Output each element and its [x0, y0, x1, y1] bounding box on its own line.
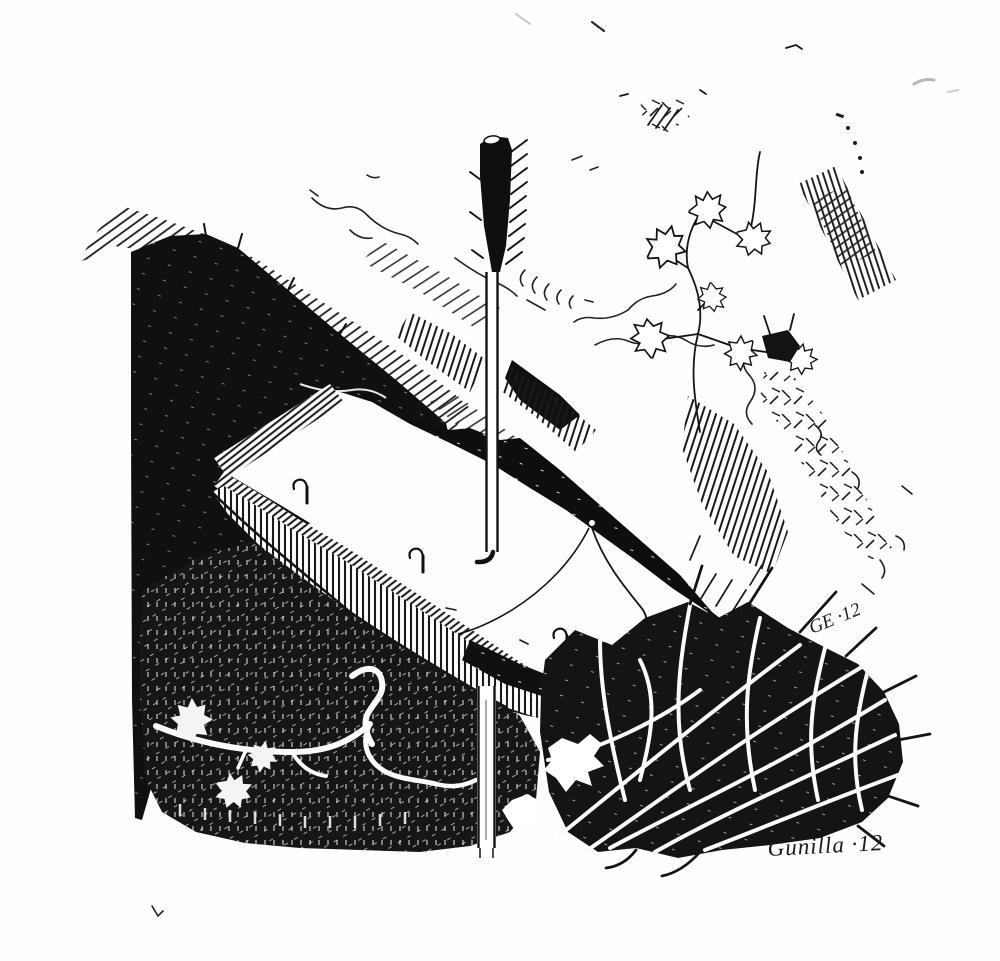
ink-drawing-page: GE ·12 Gunilla ·12: [0, 0, 1000, 961]
pen-ink-drawing: GE ·12 Gunilla ·12: [0, 0, 1000, 961]
lower-pole-strip: [477, 686, 496, 858]
pole-shaft: [486, 272, 498, 552]
wire-eyelet: [588, 519, 596, 527]
